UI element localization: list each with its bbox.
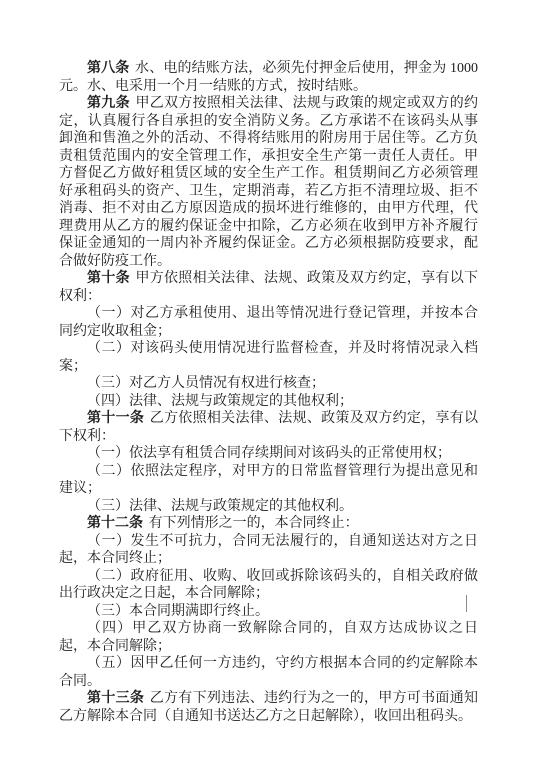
paragraph-item[interactable]: （二）对该码头使用情况进行监督检查，并及时将情况录入档案； [59, 340, 478, 375]
paragraph-clause-9[interactable]: 第九条甲乙双方按照相关法律、法规与政策的规定或双方的约定，认真履行各自承担的安全… [59, 95, 478, 270]
paragraph-text: （三）对乙方人员情况有权进行核查； [87, 376, 325, 391]
paragraph-item[interactable]: （一）发生不可抗力，合同无法履行的，自通知送达对方之日起，本合同终止； [59, 533, 478, 568]
clause-number: 第十二条 [87, 516, 143, 531]
clause-number: 第十一条 [87, 411, 144, 426]
clause-number: 第九条 [87, 96, 130, 111]
text-cursor [466, 595, 467, 612]
paragraph-item[interactable]: （二）依照法定程序，对甲方的日常监督管理行为提出意见和建议； [59, 463, 478, 498]
paragraph-text: 有下列情形之一的，本合同终止： [149, 516, 359, 531]
paragraph-text: （三）本合同期满即行终止。 [87, 604, 269, 619]
paragraph-text: （三）法律、法规与政策规定的其他权利。 [87, 499, 353, 514]
paragraph-item[interactable]: （一）对乙方承租使用、退出等情况进行登记管理，并按本合同约定收取租金； [59, 305, 478, 340]
clause-number: 第十条 [87, 271, 130, 286]
paragraph-item[interactable]: （五）因甲乙任何一方违约，守约方根据本合同的约定解除本合同。 [59, 655, 478, 690]
paragraph-item[interactable]: （一）依法享有租赁合同存续期间对该码头的正常使用权； [59, 445, 478, 463]
text-area[interactable]: 第八条水、电的结账方法，必须先付押金后使用，押金为 1000 元。水、电采用一个… [59, 60, 478, 725]
paragraph-text: （二）依照法定程序，对甲方的日常监督管理行为提出意见和建议； [59, 464, 478, 497]
paragraph-item[interactable]: （四）甲乙双方协商一致解除合同的，自双方达成协议之日起，本合同解除； [59, 620, 478, 655]
paragraph-clause-10[interactable]: 第十条甲方依照相关法律、法规、政策及双方约定，享有以下权利： [59, 270, 478, 305]
paragraph-text: （四）甲乙双方协商一致解除合同的，自双方达成协议之日起，本合同解除； [59, 621, 478, 654]
paragraph-item[interactable]: （三）法律、法规与政策规定的其他权利。 [59, 498, 478, 516]
document-page: 第八条水、电的结账方法，必须先付押金后使用，押金为 1000 元。水、电采用一个… [0, 0, 541, 763]
paragraph-clause-12[interactable]: 第十二条有下列情形之一的，本合同终止： [59, 515, 478, 533]
paragraph-item[interactable]: （三）对乙方人员情况有权进行核查； [59, 375, 478, 393]
paragraph-item[interactable]: （三）本合同期满即行终止。 [59, 603, 478, 621]
paragraph-text: （一）依法享有租赁合同存续期间对该码头的正常使用权； [87, 446, 451, 461]
paragraph-item[interactable]: （二）政府征用、收购、收回或拆除该码头的，自相关政府做出行政决定之日起，本合同解… [59, 568, 478, 603]
paragraph-clause-8[interactable]: 第八条水、电的结账方法，必须先付押金后使用，押金为 1000 元。水、电采用一个… [59, 60, 478, 95]
paragraph-item[interactable]: （四）法律、法规与政策规定的其他权利； [59, 393, 478, 411]
paragraph-text: （一）发生不可抗力，合同无法履行的，自通知送达对方之日起，本合同终止； [59, 534, 478, 567]
clause-number: 第十三条 [87, 691, 144, 706]
paragraph-text: （二）对该码头使用情况进行监督检查，并及时将情况录入档案； [59, 341, 478, 374]
paragraph-text: （一）对乙方承租使用、退出等情况进行登记管理，并按本合同约定收取租金； [59, 306, 478, 339]
paragraph-text: （四）法律、法规与政策规定的其他权利； [87, 394, 353, 409]
paragraph-text: （五）因甲乙任何一方违约，守约方根据本合同的约定解除本合同。 [59, 656, 478, 689]
clause-number: 第八条 [87, 61, 129, 76]
paragraph-text: 甲乙双方按照相关法律、法规与政策的规定或双方的约定，认真履行各自承担的安全消防义… [59, 96, 478, 269]
paragraph-clause-13[interactable]: 第十三条乙方有下列违法、违约行为之一的，甲方可书面通知乙方解除本合同（自通知书送… [59, 690, 478, 725]
paragraph-text: （二）政府征用、收购、收回或拆除该码头的，自相关政府做出行政决定之日起，本合同解… [59, 569, 478, 602]
paragraph-clause-11[interactable]: 第十一条乙方依照相关法律、法规、政策及双方约定，享有以下权利： [59, 410, 478, 445]
